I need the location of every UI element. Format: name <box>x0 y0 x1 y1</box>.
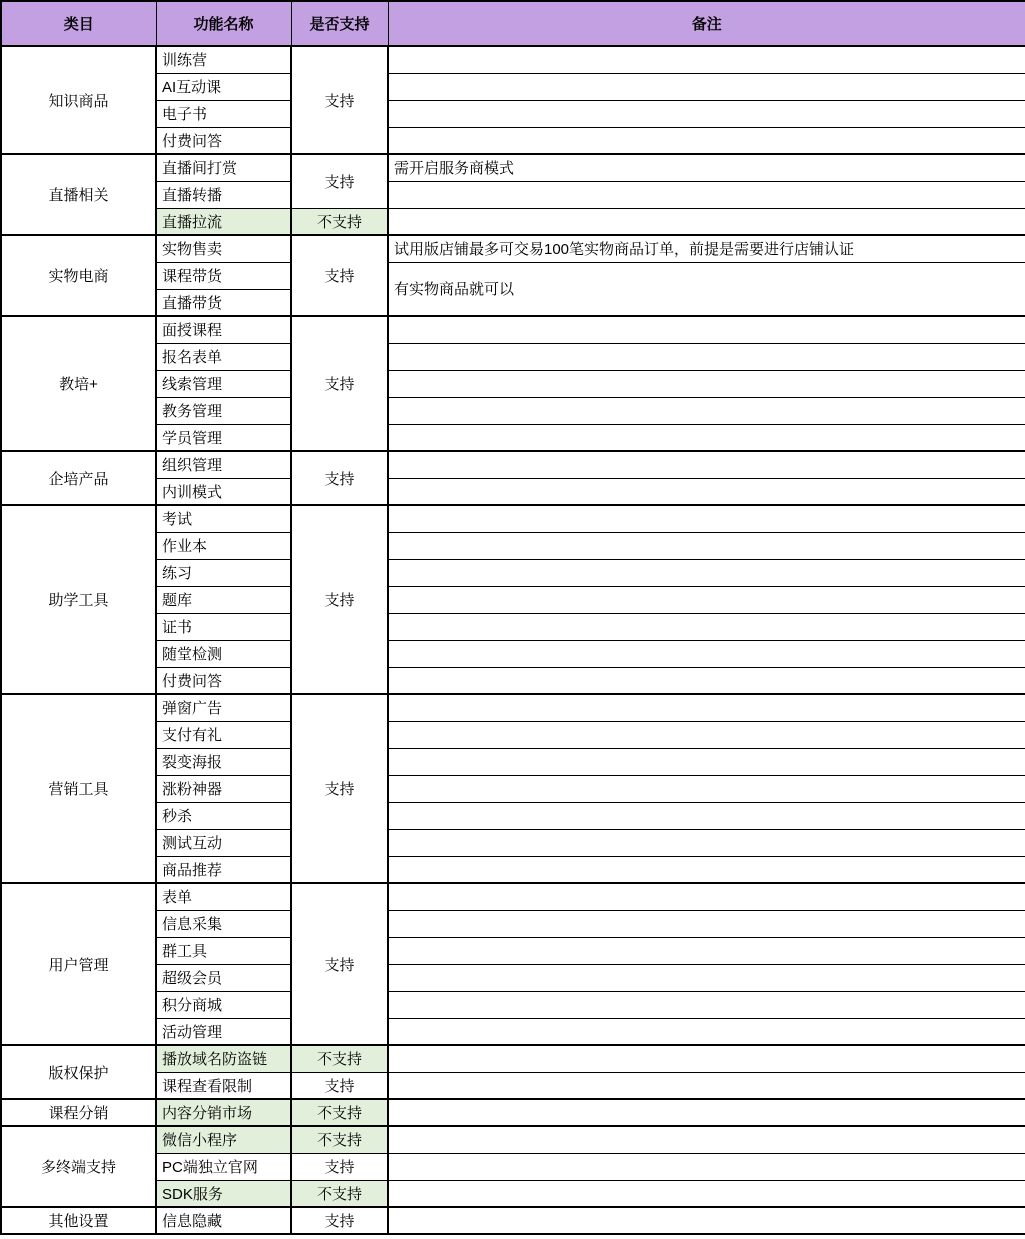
table-row: 企培产品 组织管理 支持 <box>1 451 1025 478</box>
remark-cell <box>388 1018 1025 1045</box>
support-cell: 支持 <box>291 883 388 1045</box>
feature-cell: 电子书 <box>156 100 291 127</box>
feature-cell: 信息采集 <box>156 910 291 937</box>
remark-cell <box>388 73 1025 100</box>
support-cell: 支持 <box>291 46 388 154</box>
category-cell: 营销工具 <box>1 694 156 883</box>
remark-cell: 有实物商品就可以 <box>388 262 1025 316</box>
feature-cell: 直播带货 <box>156 289 291 316</box>
remark-cell <box>388 343 1025 370</box>
remark-cell <box>388 586 1025 613</box>
table-row: 教培+ 面授课程 支持 <box>1 316 1025 343</box>
feature-cell: 学员管理 <box>156 424 291 451</box>
remark-cell <box>388 316 1025 343</box>
remark-cell <box>388 721 1025 748</box>
feature-cell: 作业本 <box>156 532 291 559</box>
feature-cell: 付费问答 <box>156 667 291 694</box>
remark-cell <box>388 1072 1025 1099</box>
feature-cell: 表单 <box>156 883 291 910</box>
remark-cell <box>388 748 1025 775</box>
remark-cell <box>388 451 1025 478</box>
support-cell: 支持 <box>291 1207 388 1234</box>
table-row: 直播相关 直播间打赏 支持 需开启服务商模式 <box>1 154 1025 181</box>
feature-cell: 面授课程 <box>156 316 291 343</box>
feature-cell: 直播拉流 <box>156 208 291 235</box>
feature-cell: 题库 <box>156 586 291 613</box>
header-cell-remark: 备注 <box>388 1 1025 46</box>
table-row: 营销工具 弹窗广告 支持 <box>1 694 1025 721</box>
remark-cell <box>388 1126 1025 1153</box>
header-cell-support: 是否支持 <box>291 1 388 46</box>
table-row: 知识商品 训练营 支持 <box>1 46 1025 73</box>
category-cell: 知识商品 <box>1 46 156 154</box>
feature-support-table: 类目 功能名称 是否支持 备注 知识商品 训练营 支持 AI互动课 电子书 付费… <box>0 0 1025 1235</box>
feature-cell: 证书 <box>156 613 291 640</box>
feature-cell: 超级会员 <box>156 964 291 991</box>
feature-cell: 支付有礼 <box>156 721 291 748</box>
support-cell: 不支持 <box>291 1126 388 1153</box>
remark-cell <box>388 1099 1025 1126</box>
support-cell: 不支持 <box>291 1180 388 1207</box>
feature-cell: 积分商城 <box>156 991 291 1018</box>
feature-cell: 活动管理 <box>156 1018 291 1045</box>
table-row: 版权保护 播放域名防盗链 不支持 <box>1 1045 1025 1072</box>
table-row: 其他设置 信息隐藏 支持 <box>1 1207 1025 1234</box>
support-cell: 支持 <box>291 451 388 505</box>
feature-cell: 教务管理 <box>156 397 291 424</box>
feature-cell: 课程查看限制 <box>156 1072 291 1099</box>
feature-cell: 涨粉神器 <box>156 775 291 802</box>
support-cell: 支持 <box>291 154 388 208</box>
remark-cell <box>388 424 1025 451</box>
category-cell: 直播相关 <box>1 154 156 235</box>
category-cell: 课程分销 <box>1 1099 156 1126</box>
remark-cell <box>388 991 1025 1018</box>
support-cell: 支持 <box>291 1072 388 1099</box>
feature-cell: 报名表单 <box>156 343 291 370</box>
header-row: 类目 功能名称 是否支持 备注 <box>1 1 1025 46</box>
remark-cell <box>388 856 1025 883</box>
remark-cell <box>388 964 1025 991</box>
remark-cell <box>388 1153 1025 1180</box>
feature-cell: 实物售卖 <box>156 235 291 262</box>
remark-cell <box>388 505 1025 532</box>
remark-cell: 需开启服务商模式 <box>388 154 1025 181</box>
feature-cell: 内训模式 <box>156 478 291 505</box>
feature-cell: 直播转播 <box>156 181 291 208</box>
category-cell: 其他设置 <box>1 1207 156 1234</box>
support-cell: 支持 <box>291 1153 388 1180</box>
feature-cell: 秒杀 <box>156 802 291 829</box>
category-cell: 教培+ <box>1 316 156 451</box>
remark-cell <box>388 208 1025 235</box>
table-row: 多终端支持 微信小程序 不支持 <box>1 1126 1025 1153</box>
support-cell: 不支持 <box>291 1045 388 1072</box>
header-cell-category: 类目 <box>1 1 156 46</box>
category-cell: 版权保护 <box>1 1045 156 1099</box>
remark-cell <box>388 775 1025 802</box>
category-cell: 助学工具 <box>1 505 156 694</box>
remark-cell <box>388 667 1025 694</box>
remark-cell <box>388 532 1025 559</box>
feature-cell: AI互动课 <box>156 73 291 100</box>
feature-cell: 弹窗广告 <box>156 694 291 721</box>
support-cell: 支持 <box>291 505 388 694</box>
feature-cell: 商品推荐 <box>156 856 291 883</box>
feature-cell: 裂变海报 <box>156 748 291 775</box>
feature-cell: 考试 <box>156 505 291 532</box>
category-cell: 用户管理 <box>1 883 156 1045</box>
remark-cell <box>388 181 1025 208</box>
feature-cell: 练习 <box>156 559 291 586</box>
feature-cell: 群工具 <box>156 937 291 964</box>
feature-cell: PC端独立官网 <box>156 1153 291 1180</box>
table-row: 课程分销 内容分销市场 不支持 <box>1 1099 1025 1126</box>
remark-cell <box>388 1180 1025 1207</box>
remark-cell <box>388 937 1025 964</box>
remark-cell <box>388 802 1025 829</box>
category-cell: 多终端支持 <box>1 1126 156 1207</box>
remark-cell <box>388 397 1025 424</box>
feature-cell: 付费问答 <box>156 127 291 154</box>
remark-cell <box>388 46 1025 73</box>
feature-cell: 微信小程序 <box>156 1126 291 1153</box>
feature-cell: 测试互动 <box>156 829 291 856</box>
feature-cell: 线索管理 <box>156 370 291 397</box>
support-cell: 不支持 <box>291 1099 388 1126</box>
remark-cell <box>388 883 1025 910</box>
remark-cell <box>388 1207 1025 1234</box>
remark-cell <box>388 370 1025 397</box>
remark-cell <box>388 613 1025 640</box>
table-row: 实物电商 实物售卖 支持 试用版店铺最多可交易100笔实物商品订单，前提是需要进… <box>1 235 1025 262</box>
feature-cell: 组织管理 <box>156 451 291 478</box>
category-cell: 企培产品 <box>1 451 156 505</box>
header-cell-feature: 功能名称 <box>156 1 291 46</box>
category-cell: 实物电商 <box>1 235 156 316</box>
table-row: 助学工具 考试 支持 <box>1 505 1025 532</box>
remark-cell <box>388 910 1025 937</box>
remark-cell <box>388 1045 1025 1072</box>
remark-cell <box>388 478 1025 505</box>
feature-cell: SDK服务 <box>156 1180 291 1207</box>
support-cell: 支持 <box>291 694 388 883</box>
remark-cell <box>388 559 1025 586</box>
support-cell: 支持 <box>291 235 388 316</box>
support-cell: 不支持 <box>291 208 388 235</box>
support-cell: 支持 <box>291 316 388 451</box>
feature-cell: 课程带货 <box>156 262 291 289</box>
feature-cell: 播放域名防盗链 <box>156 1045 291 1072</box>
feature-cell: 信息隐藏 <box>156 1207 291 1234</box>
remark-cell <box>388 694 1025 721</box>
feature-cell: 训练营 <box>156 46 291 73</box>
remark-cell: 试用版店铺最多可交易100笔实物商品订单，前提是需要进行店铺认证 <box>388 235 1025 262</box>
feature-cell: 直播间打赏 <box>156 154 291 181</box>
feature-cell: 随堂检测 <box>156 640 291 667</box>
table-row: 用户管理 表单 支持 <box>1 883 1025 910</box>
remark-cell <box>388 640 1025 667</box>
remark-cell <box>388 829 1025 856</box>
remark-cell <box>388 100 1025 127</box>
remark-cell <box>388 127 1025 154</box>
feature-cell: 内容分销市场 <box>156 1099 291 1126</box>
